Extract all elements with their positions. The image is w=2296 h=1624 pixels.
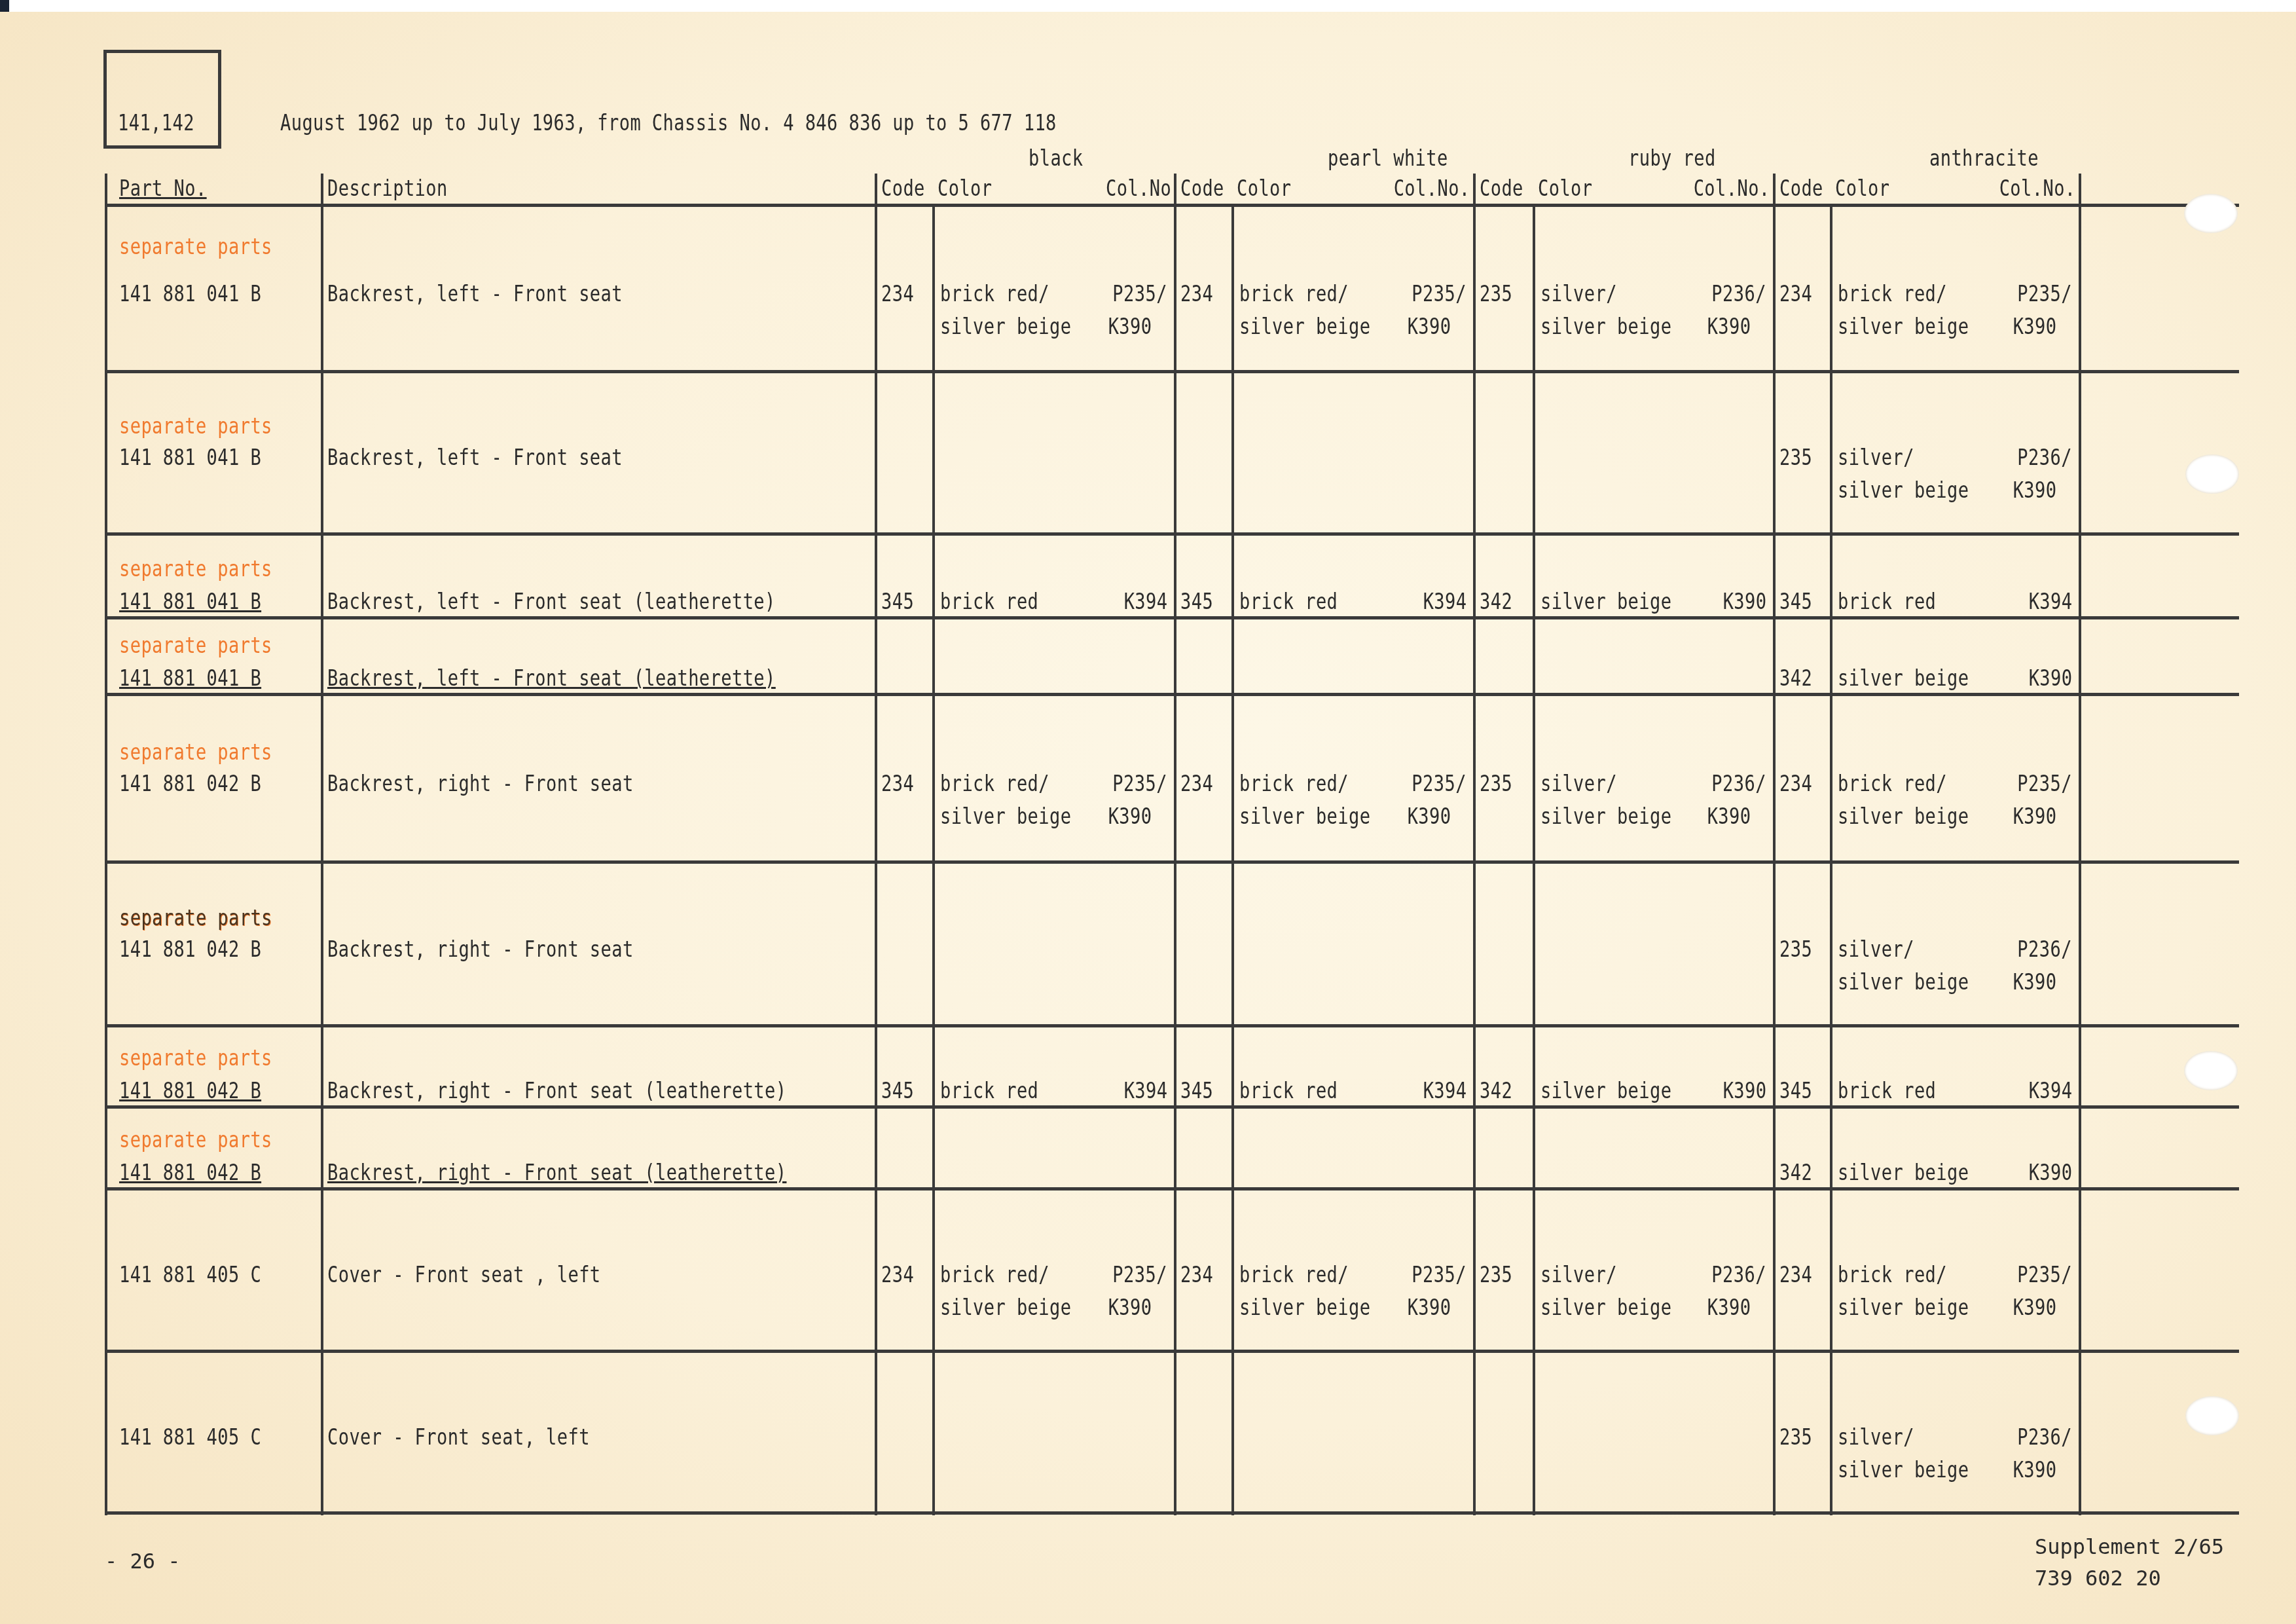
part-number: 141 881 041 B: [119, 281, 261, 307]
color-code: 235: [1779, 445, 1812, 471]
row-rule: [106, 204, 2239, 207]
validity-line: August 1962 up to July 1963, from Chassi…: [280, 110, 1057, 136]
color-code: 234: [1779, 771, 1812, 797]
color-name: brick red: [1239, 589, 1338, 615]
punch-hole: [2185, 1396, 2239, 1435]
color-name: silver/: [1540, 281, 1617, 307]
color-number-secondary: K390: [2013, 477, 2056, 504]
color-number-secondary: K390: [2013, 803, 2056, 830]
header-code: Code: [1480, 175, 1523, 202]
color-code: 234: [881, 771, 914, 797]
punch-hole: [2185, 454, 2239, 494]
color-number: K390: [2028, 1160, 2072, 1186]
color-number: K390: [2028, 665, 2072, 692]
separate-parts-note: separate parts: [119, 413, 272, 439]
color-name: brick red/: [1838, 1262, 1947, 1288]
header-col-no: Col.No.: [1394, 175, 1470, 202]
color-number: K394: [1423, 1078, 1467, 1104]
color-number: P236/: [1711, 771, 1766, 797]
color-number-secondary: K390: [1707, 314, 1751, 340]
color-code: 235: [1480, 771, 1512, 797]
color-name: brick red/: [940, 771, 1049, 797]
row-rule: [106, 1105, 2239, 1109]
color-code: 345: [881, 1078, 914, 1104]
color-name-secondary: silver beige: [940, 314, 1071, 340]
header-code: Code: [1180, 175, 1224, 202]
header-col-no: Col.No: [1106, 175, 1171, 202]
color-name: brick red/: [1838, 771, 1947, 797]
color-number: K394: [1423, 589, 1467, 615]
color-number-secondary: K390: [1108, 1295, 1152, 1321]
part-number: 141 881 042 B: [119, 1078, 261, 1104]
color-code: 234: [881, 1262, 914, 1288]
color-code: 345: [881, 589, 914, 615]
column-rule: [1473, 174, 1476, 1515]
separate-parts-note: separate parts: [119, 1127, 272, 1153]
column-rule: [1773, 174, 1776, 1515]
part-description: Backrest, right - Front seat: [327, 936, 634, 963]
page-number: - 26 -: [105, 1548, 181, 1574]
header-color: Color: [1835, 175, 1890, 202]
color-name: brick red/: [1239, 1262, 1349, 1288]
color-name: brick red/: [1239, 771, 1349, 797]
color-name-secondary: silver beige: [1838, 969, 1969, 995]
color-name-secondary: silver beige: [1540, 803, 1671, 830]
color-code: 235: [1779, 936, 1812, 963]
document-number: 739 602 20: [2035, 1565, 2161, 1591]
color-name: brick red/: [1239, 281, 1349, 307]
color-number-secondary: K390: [2013, 314, 2056, 340]
color-number: P236/: [1711, 1262, 1766, 1288]
color-number: P235/: [1112, 1262, 1167, 1288]
color-code: 235: [1779, 1424, 1812, 1450]
color-number: P235/: [2017, 771, 2072, 797]
color-name: brick red: [1838, 1078, 1936, 1104]
header-description: Description: [327, 175, 448, 202]
color-number-secondary: K390: [1707, 1295, 1751, 1321]
color-number-secondary: K390: [1108, 314, 1152, 340]
header-group-anthracite: anthracite: [1929, 145, 2039, 172]
header-col-no: Col.No.: [1999, 175, 2076, 202]
separate-parts-note: separate parts: [119, 633, 272, 659]
color-name-secondary: silver beige: [1239, 1295, 1370, 1321]
color-name: silver/: [1540, 771, 1617, 797]
color-number: K390: [1722, 589, 1766, 615]
color-name: silver beige: [1838, 665, 1969, 692]
color-name-secondary: silver beige: [1838, 1457, 1969, 1483]
part-number: 141 881 042 B: [119, 1160, 261, 1186]
header-code: Code: [1779, 175, 1823, 202]
row-rule: [106, 532, 2239, 536]
separate-parts-note: separate parts: [119, 556, 272, 582]
color-name: brick red/: [940, 281, 1049, 307]
header-code: Code: [881, 175, 925, 202]
separate-parts-note: separate parts: [119, 1045, 272, 1071]
color-code: 342: [1779, 1160, 1812, 1186]
color-number-secondary: K390: [1407, 1295, 1451, 1321]
column-rule: [1174, 174, 1176, 1515]
punch-hole: [2184, 194, 2238, 233]
color-name: brick red/: [940, 1262, 1049, 1288]
color-name: brick red: [940, 589, 1038, 615]
row-rule: [106, 370, 2239, 373]
color-name: brick red: [1239, 1078, 1338, 1104]
color-name: brick red/: [1838, 281, 1947, 307]
color-code: 345: [1180, 1078, 1213, 1104]
separate-parts-note: separate parts: [119, 234, 272, 260]
punch-hole: [2184, 1051, 2238, 1090]
header-group-pearl-white: pearl white: [1328, 145, 1448, 172]
row-rule: [106, 616, 2239, 619]
color-number: P235/: [1112, 771, 1167, 797]
separate-parts-note: separate parts: [119, 739, 272, 766]
color-number: P235/: [1412, 281, 1467, 307]
part-number: 141 881 041 B: [119, 445, 261, 471]
header-color: Color: [1538, 175, 1593, 202]
color-code: 342: [1779, 665, 1812, 692]
color-number: P235/: [2017, 281, 2072, 307]
color-name: silver beige: [1838, 1160, 1969, 1186]
color-name-secondary: silver beige: [940, 1295, 1071, 1321]
color-number: P236/: [1711, 281, 1766, 307]
part-number: 141 881 405 C: [119, 1262, 261, 1288]
header-color: Color: [938, 175, 993, 202]
color-code: 234: [881, 281, 914, 307]
color-name: silver/: [1838, 936, 1914, 963]
color-number: K394: [1123, 1078, 1167, 1104]
color-name-secondary: silver beige: [1838, 803, 1969, 830]
color-number-secondary: K390: [1707, 803, 1751, 830]
supplement-label: Supplement 2/65: [2035, 1534, 2224, 1560]
color-code: 234: [1779, 1262, 1812, 1288]
scan-edge-mark: [0, 0, 9, 12]
part-description: Backrest, left - Front seat: [327, 445, 623, 471]
part-description: Backrest, right - Front seat (leatherett…: [327, 1160, 786, 1186]
color-code: 342: [1480, 589, 1512, 615]
row-rule: [106, 1511, 2239, 1515]
part-description: Cover - Front seat, left: [327, 1424, 590, 1450]
scan-top-edge: [0, 0, 2296, 12]
color-number: P236/: [2017, 445, 2072, 471]
color-code: 235: [1480, 1262, 1512, 1288]
part-description: Backrest, left - Front seat (leatherette…: [327, 589, 776, 615]
header-col-no: Col.No.: [1694, 175, 1770, 202]
part-description: Cover - Front seat , left: [327, 1262, 601, 1288]
color-number: K394: [2028, 589, 2072, 615]
part-number: 141 881 041 B: [119, 665, 261, 692]
column-rule: [875, 174, 877, 1515]
color-name-secondary: silver beige: [1838, 314, 1969, 340]
part-description: Backrest, right - Front seat: [327, 771, 634, 797]
color-number: K394: [1123, 589, 1167, 615]
color-name-secondary: silver beige: [1838, 477, 1969, 504]
color-number: P236/: [2017, 936, 2072, 963]
color-number: P235/: [1412, 771, 1467, 797]
color-name: silver beige: [1540, 1078, 1671, 1104]
part-description: Backrest, right - Front seat (leatherett…: [327, 1078, 786, 1104]
color-number: P235/: [2017, 1262, 2072, 1288]
color-name: brick red: [1838, 589, 1936, 615]
color-code: 234: [1180, 1262, 1213, 1288]
model-number: 141,142: [118, 110, 194, 136]
color-name-secondary: silver beige: [1540, 314, 1671, 340]
color-name-secondary: silver beige: [1239, 803, 1370, 830]
color-number: P236/: [2017, 1424, 2072, 1450]
color-name-secondary: silver beige: [1838, 1295, 1969, 1321]
header-group-black: black: [1029, 145, 1084, 172]
color-code: 345: [1779, 1078, 1812, 1104]
color-code: 345: [1779, 589, 1812, 615]
color-name-secondary: silver beige: [940, 803, 1071, 830]
color-number-secondary: K390: [1108, 803, 1152, 830]
row-rule: [106, 860, 2239, 864]
color-number-secondary: K390: [2013, 1295, 2056, 1321]
part-number: 141 881 405 C: [119, 1424, 261, 1450]
row-rule: [106, 1024, 2239, 1027]
color-name: silver/: [1838, 1424, 1914, 1450]
column-rule: [105, 174, 107, 1515]
column-rule: [321, 174, 323, 1515]
column-rule: [2079, 174, 2081, 1515]
color-number: K394: [2028, 1078, 2072, 1104]
color-name: silver beige: [1540, 589, 1671, 615]
color-number: P235/: [1412, 1262, 1467, 1288]
part-number: 141 881 042 B: [119, 771, 261, 797]
color-code: 235: [1480, 281, 1512, 307]
color-number-secondary: K390: [1407, 314, 1451, 340]
color-number: P235/: [1112, 281, 1167, 307]
part-number: 141 881 041 B: [119, 589, 261, 615]
row-rule: [106, 693, 2239, 696]
color-code: 234: [1779, 281, 1812, 307]
color-number-secondary: K390: [2013, 1457, 2056, 1483]
color-name: brick red: [940, 1078, 1038, 1104]
color-number-secondary: K390: [1407, 803, 1451, 830]
color-code: 234: [1180, 771, 1213, 797]
header-color: Color: [1237, 175, 1292, 202]
header-group-ruby-red: ruby red: [1628, 145, 1716, 172]
color-number: K390: [1722, 1078, 1766, 1104]
row-rule: [106, 1187, 2239, 1190]
color-name: silver/: [1838, 445, 1914, 471]
color-code: 345: [1180, 589, 1213, 615]
part-number: 141 881 042 B: [119, 936, 261, 963]
color-number-secondary: K390: [2013, 969, 2056, 995]
color-code: 234: [1180, 281, 1213, 307]
part-description: Backrest, left - Front seat (leatherette…: [327, 665, 776, 692]
part-description: Backrest, left - Front seat: [327, 281, 623, 307]
header-part-no: Part No.: [119, 175, 207, 202]
color-name: silver/: [1540, 1262, 1617, 1288]
color-code: 342: [1480, 1078, 1512, 1104]
color-name-secondary: silver beige: [1239, 314, 1370, 340]
row-rule: [106, 1350, 2239, 1353]
color-name-secondary: silver beige: [1540, 1295, 1671, 1321]
separate-parts-note: separate parts: [119, 905, 272, 931]
